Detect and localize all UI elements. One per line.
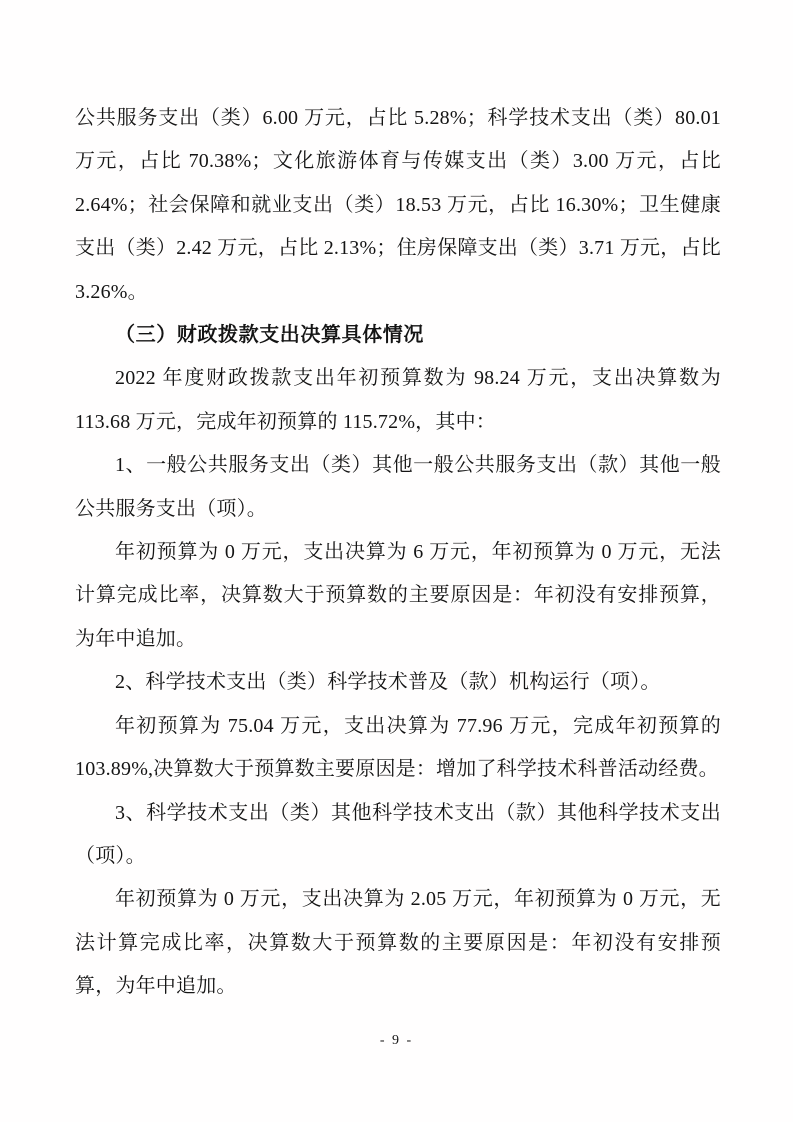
paragraph-item3-detail: 年初预算为 0 万元，支出决算为 2.05 万元，年初预算为 0 万元，无法计算… <box>75 878 721 1008</box>
paragraph-item1-detail: 年初预算为 0 万元，支出决算为 6 万元，年初预算为 0 万元，无法计算完成比… <box>75 531 721 661</box>
document-page: 公共服务支出（类）6.00 万元，占比 5.28%；科学技术支出（类）80.01… <box>0 0 793 1122</box>
page-number: - 9 - <box>0 1033 793 1049</box>
section-heading-fiscal-appropriation-details: （三）财政拨款支出决算具体情况 <box>75 314 721 357</box>
paragraph-item2-detail: 年初预算为 75.04 万元，支出决算为 77.96 万元，完成年初预算的 10… <box>75 705 721 792</box>
paragraph-expenditure-breakdown: 公共服务支出（类）6.00 万元，占比 5.28%；科学技术支出（类）80.01… <box>75 97 721 314</box>
paragraph-budget-summary: 2022 年度财政拨款支出年初预算数为 98.24 万元，支出决算数为 113.… <box>75 357 721 444</box>
paragraph-item3-title: 3、科学技术支出（类）其他科学技术支出（款）其他科学技术支出（项）。 <box>75 792 721 879</box>
paragraph-item2-title: 2、科学技术支出（类）科学技术普及（款）机构运行（项）。 <box>75 661 721 704</box>
document-body: 公共服务支出（类）6.00 万元，占比 5.28%；科学技术支出（类）80.01… <box>75 97 721 1009</box>
paragraph-item1-title: 1、一般公共服务支出（类）其他一般公共服务支出（款）其他一般公共服务支出（项）。 <box>75 444 721 531</box>
